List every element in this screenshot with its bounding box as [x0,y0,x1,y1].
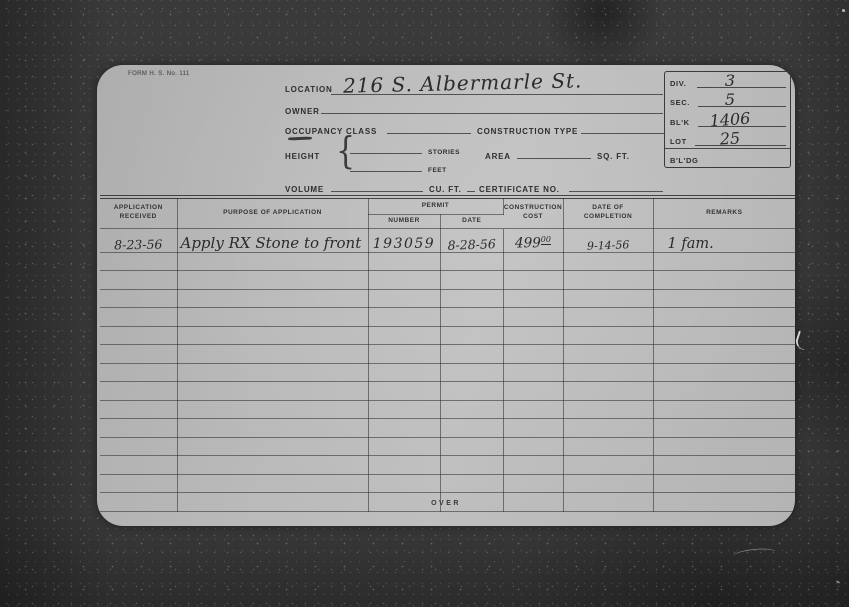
empty-table-row [100,289,795,308]
construction-type-line [581,133,665,134]
col-header-permit-number: NUMBER [368,214,440,228]
volume-label: VOLUME [285,185,324,194]
col-header-purpose: PURPOSE OF APPLICATION [177,198,368,228]
empty-table-row [100,271,795,290]
lot-value: 25 [719,128,740,148]
empty-table-row [100,326,795,345]
film-scratch-squiggle [733,547,776,561]
cost-cents: 00 [541,235,551,245]
parcel-info-box: DIV. 3 SEC. 5 BL'K 1406 LOT 25 B'L'DG [664,71,791,168]
volume-line [331,191,423,192]
empty-table-row [100,419,795,438]
parcel-row-building: B'L'DG [665,149,790,168]
col-header-remarks: REMARKS [653,198,795,228]
sec-value: 5 [725,90,735,109]
entry-construction-cost: 49900 [503,228,563,252]
cuft-label: CU. FT. [429,185,462,194]
owner-label: OWNER [285,107,320,116]
film-scratch-hook [794,331,810,351]
div-value: 3 [725,71,735,90]
empty-table-row [100,363,795,382]
entry-purpose: Apply RX Stone to front [177,228,368,252]
div-label: DIV. [670,79,686,88]
cost-dollars: 499 [515,236,541,252]
entry-remarks: 1 fam. [653,228,795,252]
col-header-date-of-completion: DATE OF COMPLETION [563,198,653,228]
parcel-row-block: BL'K 1406 [665,110,790,129]
feet-line [350,171,422,172]
construction-type-label: CONSTRUCTION TYPE [477,127,578,136]
owner-line [321,113,663,114]
block-label: BL'K [670,118,690,127]
entry-completion-date: 9-14-56 [563,226,654,253]
sec-label: SEC. [670,98,690,107]
empty-table-row [100,252,795,271]
stories-label: STORIES [428,149,460,156]
empty-table-row [100,308,795,327]
certificate-label: CERTIFICATE NO. [479,185,560,194]
film-speck [842,9,845,12]
area-line [517,158,591,159]
col-header-permit: PERMIT [368,198,503,214]
certificate-line [569,191,663,192]
div-line [697,87,786,88]
block-value: 1406 [709,108,751,130]
empty-table-row [100,345,795,364]
entry-received-date: 8-23-56 [100,227,177,252]
empty-table-row [100,456,795,475]
empty-table-row [100,474,795,493]
certificate-dash-line [467,191,475,192]
col-header-construction-cost: CONSTRUCTION COST [503,198,563,228]
occupancy-class-label: OCCUPANCY CLASS [285,127,377,136]
building-label: B'L'DG [670,156,698,165]
photo-background: FORM H. S. No. 111 LOCATION 216 S. Alber… [0,0,849,607]
entry-permit-number: 193059 [368,228,440,252]
height-label: HEIGHT [285,152,320,161]
permit-history-table: APPLICATION RECEIVED PURPOSE OF APPLICAT… [100,198,795,512]
permit-entry-row: 8-23-56 Apply RX Stone to front 193059 8… [100,228,795,252]
permit-record-card: FORM H. S. No. 111 LOCATION 216 S. Alber… [97,65,795,526]
form-number: FORM H. S. No. 111 [128,71,190,77]
film-speck [836,580,840,584]
location-label: LOCATION [285,85,333,94]
table-top-rule [100,195,795,196]
sec-line [698,106,786,107]
over-label: OVER [97,500,795,507]
empty-table-row [100,437,795,456]
empty-table-row [100,382,795,401]
empty-table-row [100,400,795,419]
occupancy-line [387,133,471,134]
col-header-permit-date: DATE [440,214,503,228]
brace-glyph: { [336,133,355,171]
parcel-box-separator [665,148,790,149]
area-label: AREA [485,152,511,161]
sqft-label: SQ. FT. [597,152,630,161]
col-header-application-received: APPLICATION RECEIVED [100,198,177,228]
stories-line [350,153,422,154]
lot-label: LOT [670,137,687,146]
ink-squiggle-mark [288,136,312,140]
parcel-row-lot: LOT 25 [665,130,790,149]
parcel-row-div: DIV. 3 [665,72,790,91]
parcel-row-sec: SEC. 5 [665,91,790,110]
feet-label: FEET [428,167,447,174]
entry-permit-date: 8-28-56 [440,227,504,253]
